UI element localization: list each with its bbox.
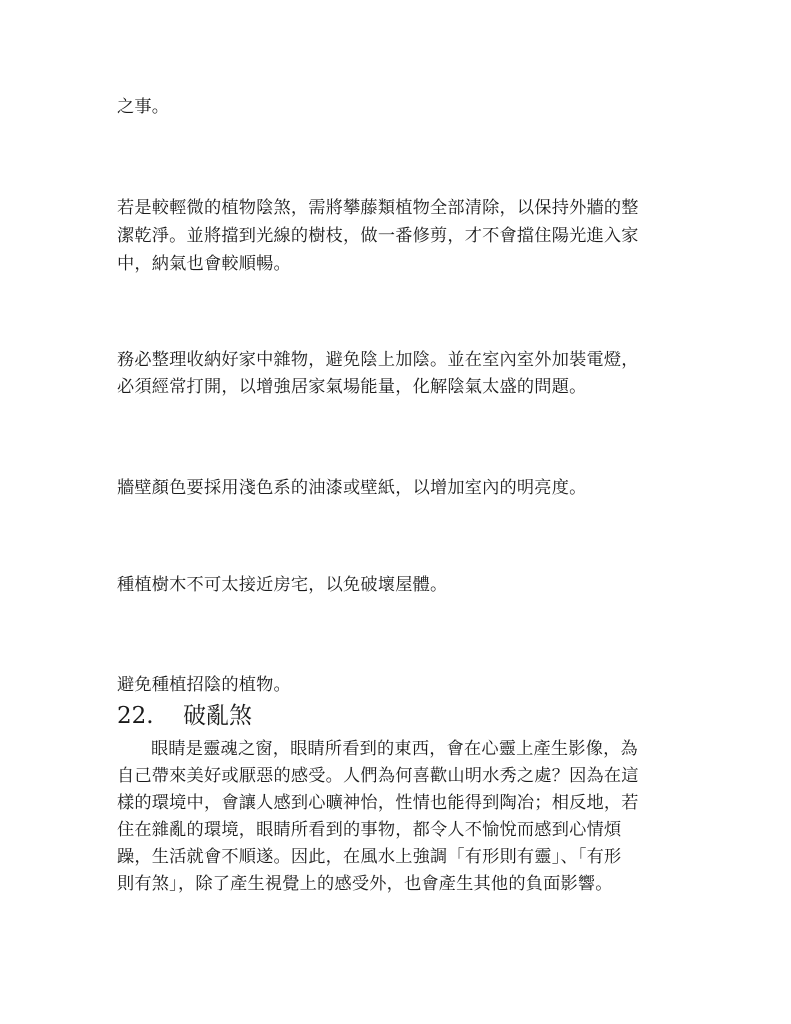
section-body-line: 住在雜亂的環境，眼睛所看到的事物，都令人不愉悅而感到心情煩 [117, 819, 621, 841]
section-body-line: 樣的環境中，會讓人感到心曠神怡，性情也能得到陶冶；相反地，若 [117, 792, 639, 814]
paragraph-line: 避免種植招陰的植物。 [117, 674, 291, 696]
paragraph-line: 必須經常打開，以增強居家氣場能量，化解陰氣太盛的問題。 [117, 376, 586, 398]
section-title: 破亂煞 [183, 703, 252, 729]
section-body-line: 自己帶來美好或厭惡的感受。人們為何喜歡山明水秀之處？因為在這 [117, 765, 639, 787]
paragraph-line: 種植樹木不可太接近房宅，以免破壞屋體。 [117, 574, 447, 596]
section-body-line: 躁，生活就會不順遂。因此，在風水上強調「有形則有靈」、「有形 [117, 846, 621, 868]
paragraph-line: 若是較輕微的植物陰煞，需將攀藤類植物全部清除，以保持外牆的整 [117, 197, 639, 219]
section-heading: 22.破亂煞 [117, 701, 252, 731]
document-page: 之事。 若是較輕微的植物陰煞，需將攀藤類植物全部清除，以保持外牆的整 潔乾淨。並… [0, 0, 791, 1024]
paragraph-line: 務必整理收納好家中雜物，避免陰上加陰。並在室內室外加裝電燈， [117, 349, 639, 371]
paragraph-line: 之事。 [117, 96, 169, 118]
section-body-line: 則有煞」，除了產生視覺上的感受外，也會產生其他的負面影響。 [117, 873, 613, 895]
section-body-line: 眼睛是靈魂之窗，眼睛所看到的東西，會在心靈上產生影像，為 [151, 738, 638, 760]
section-number: 22. [117, 701, 183, 731]
paragraph-line: 中，納氣也會較順暢。 [117, 253, 291, 275]
paragraph-line: 牆壁顏色要採用淺色系的油漆或壁紙，以增加室內的明亮度。 [117, 477, 586, 499]
paragraph-line: 潔乾淨。並將擋到光線的樹枝，做一番修剪，才不會擋住陽光進入家 [117, 225, 639, 247]
